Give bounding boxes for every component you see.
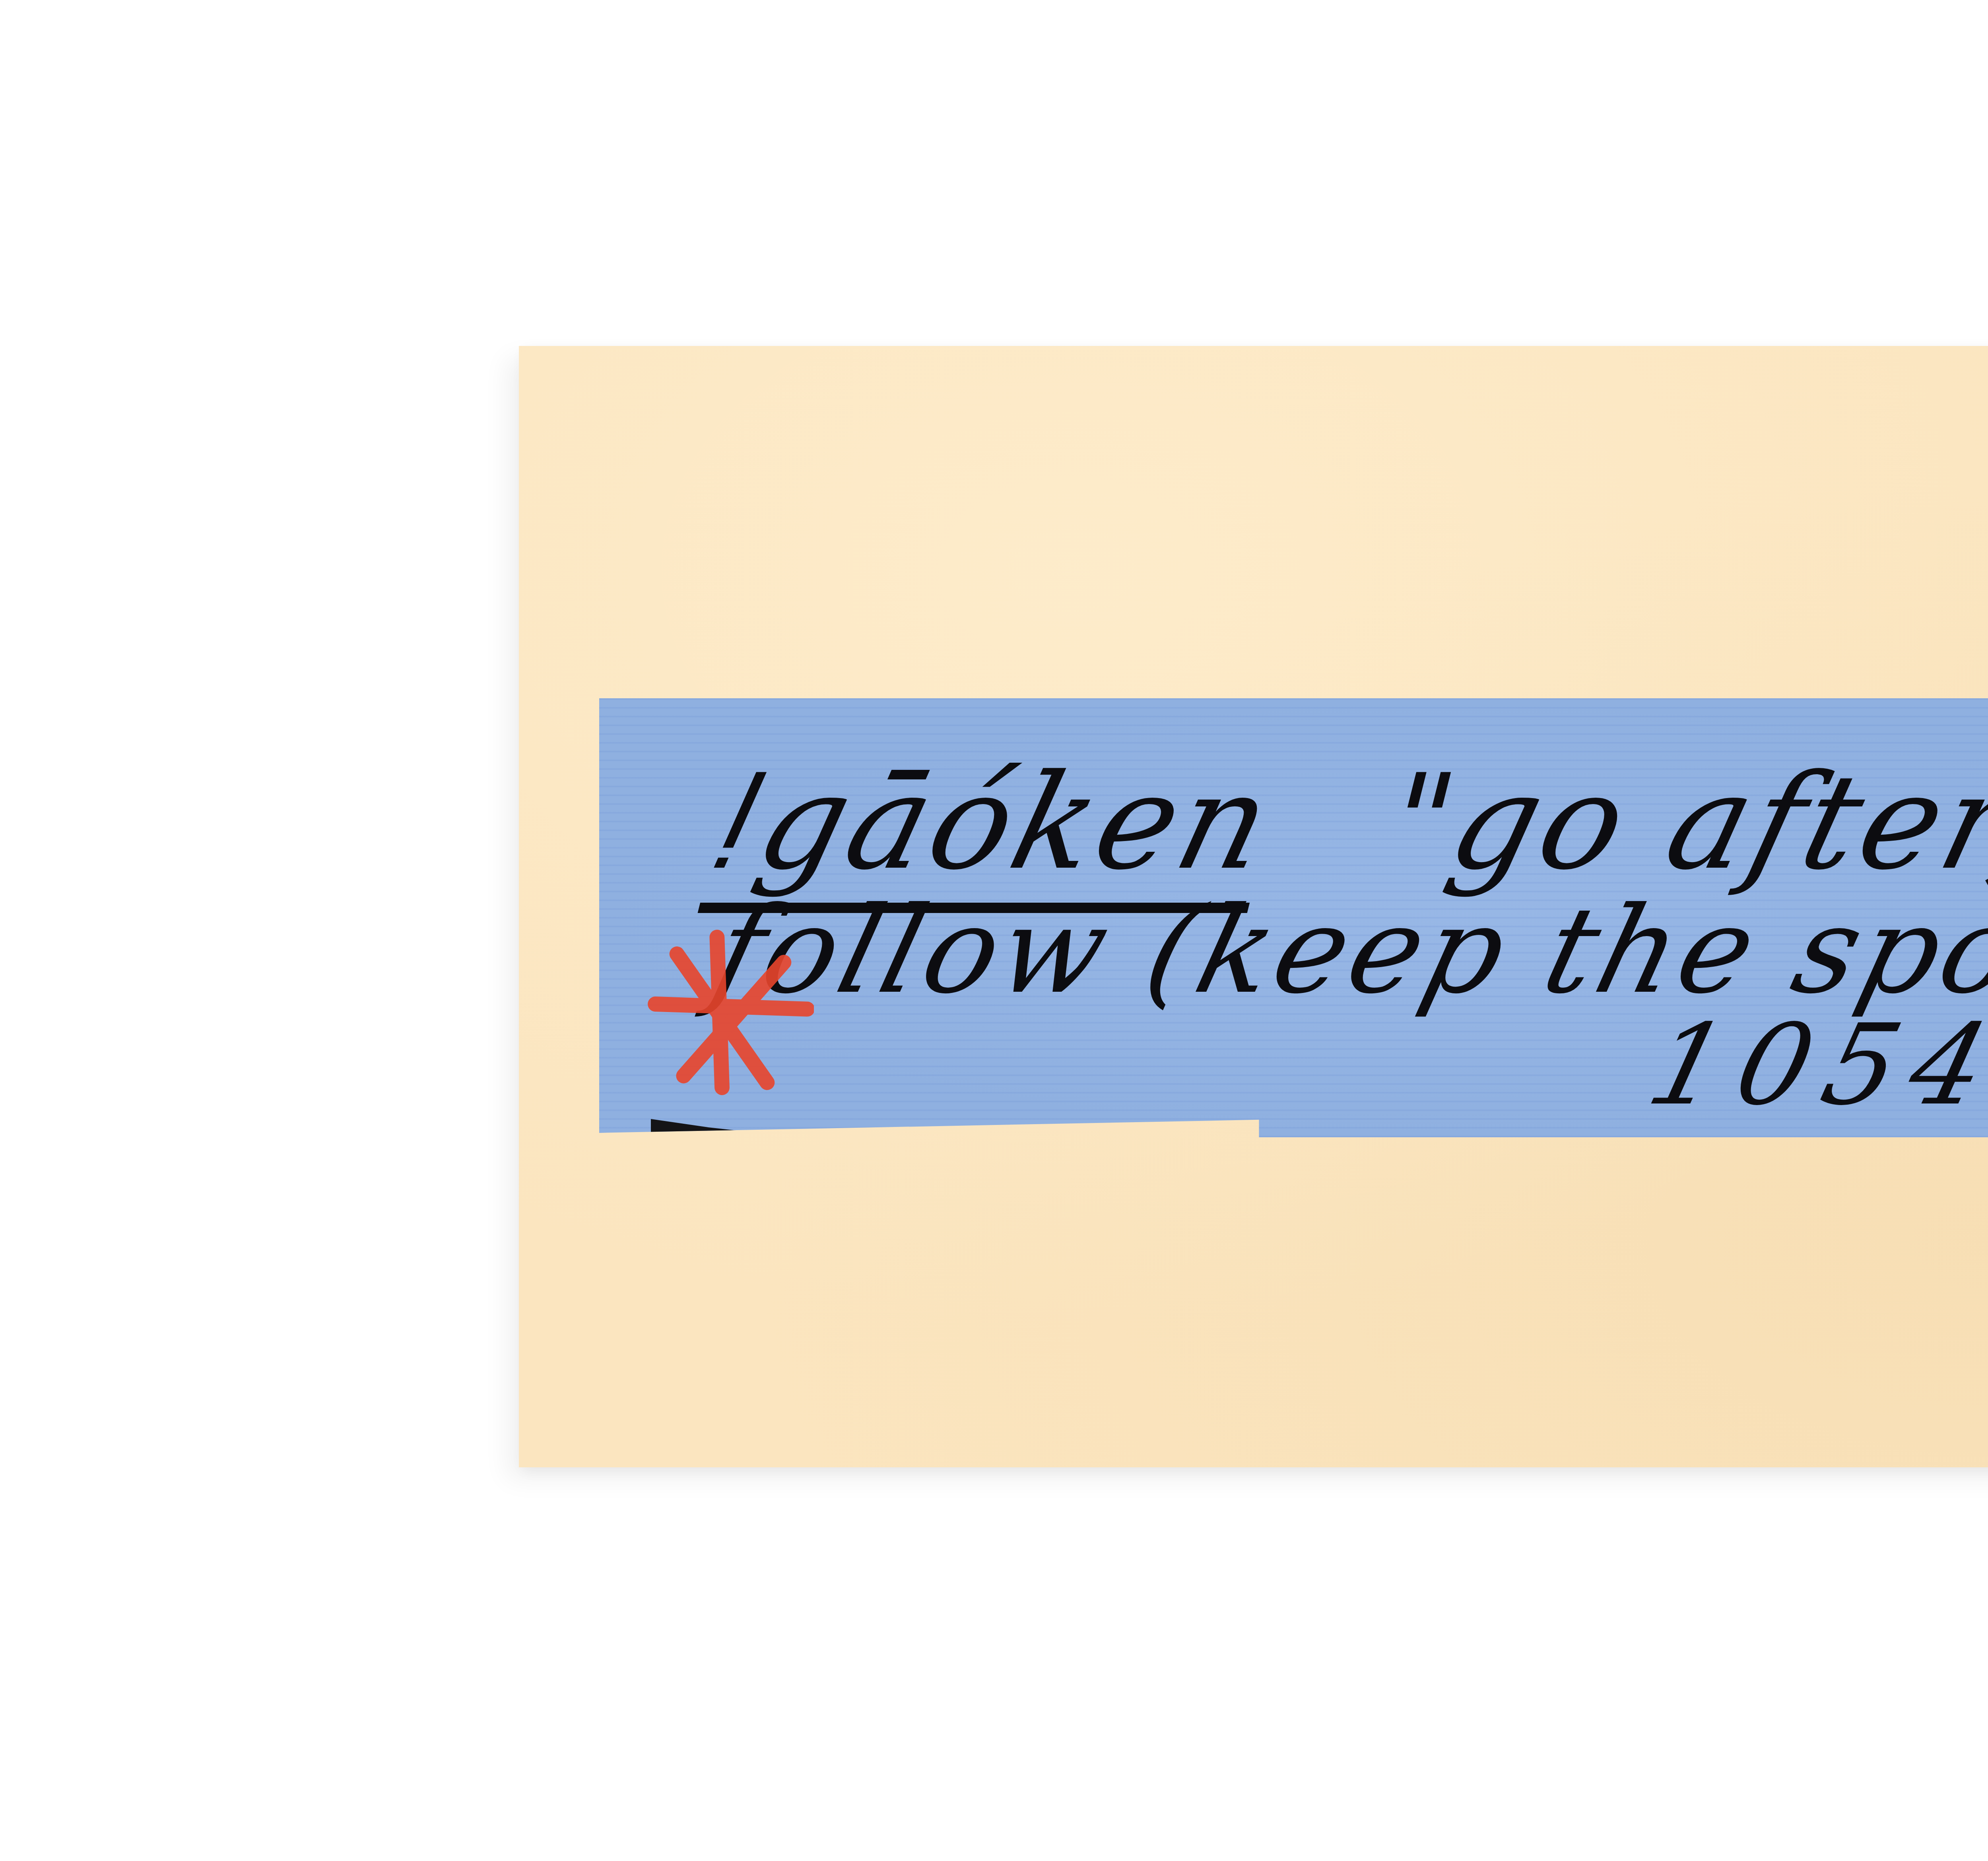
source-reference: 1054, 11; xyxy=(1637,1000,1988,1130)
gloss-line-2: follow (keep the spoor)" xyxy=(701,881,1988,1020)
pasted-blue-slip: ǃgāóken "go after, follow (keep the spoo… xyxy=(599,698,1988,1137)
gloss-line-1: "go after, xyxy=(1372,746,1988,899)
red-asterisk-icon xyxy=(647,929,814,1096)
